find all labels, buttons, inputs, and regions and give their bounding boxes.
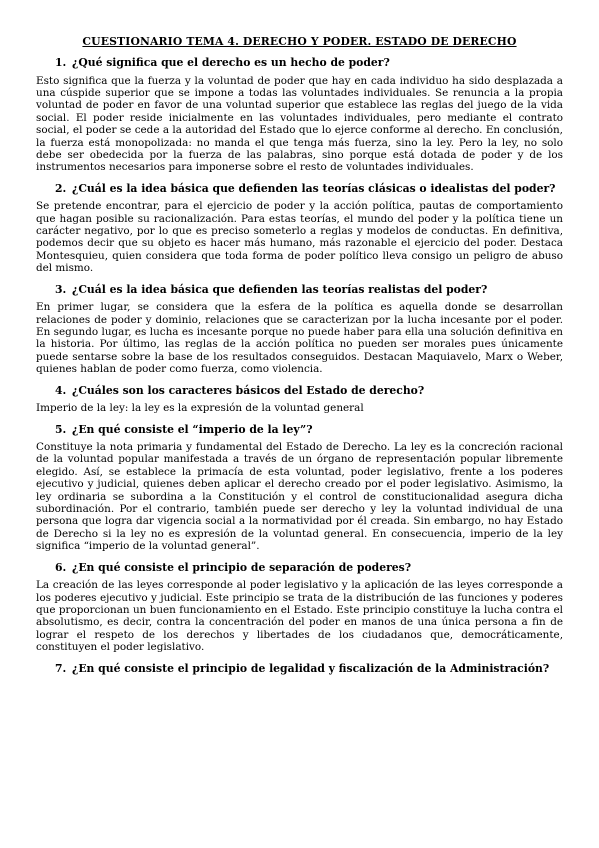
qa-section-1: 1.¿Qué significa que el derecho es un he… [36, 57, 563, 174]
qa-section-5: 5.¿En qué consiste el “imperio de la ley… [36, 424, 563, 553]
question-number: 6. [55, 562, 72, 575]
question-text: ¿Cuáles son los caracteres básicos del E… [72, 384, 424, 397]
answer-paragraph: Imperio de la ley: la ley es la expresió… [36, 402, 563, 414]
question-heading-6: 6.¿En qué consiste el principio de separ… [36, 562, 563, 575]
answer-paragraph: Constituye la nota primaria y fundamenta… [36, 441, 563, 553]
question-heading-3: 3.¿Cuál es la idea básica que defienden … [36, 284, 563, 297]
qa-section-4: 4.¿Cuáles son los caracteres básicos del… [36, 385, 563, 415]
question-number: 3. [55, 284, 72, 297]
question-text: ¿En qué consiste el “imperio de la ley”? [72, 423, 313, 436]
document-page: CUESTIONARIO TEMA 4. DERECHO Y PODER. ES… [0, 0, 599, 848]
question-heading-1: 1.¿Qué significa que el derecho es un he… [36, 57, 563, 70]
question-text: ¿Cuál es la idea básica que defienden la… [72, 283, 487, 296]
question-number: 4. [55, 385, 72, 398]
question-heading-2: 2.¿Cuál es la idea básica que defienden … [36, 183, 563, 196]
question-heading-7: 7.¿En qué consiste el principio de legal… [36, 663, 563, 676]
answer-paragraph: Esto significa que la fuerza y la volunt… [36, 75, 563, 174]
question-number: 2. [55, 183, 72, 196]
answer-paragraph: La creación de las leyes corresponde al … [36, 579, 563, 653]
qa-section-7: 7.¿En qué consiste el principio de legal… [36, 663, 563, 676]
question-text: ¿Qué significa que el derecho es un hech… [72, 56, 390, 69]
qa-section-6: 6.¿En qué consiste el principio de separ… [36, 562, 563, 654]
question-number: 1. [55, 57, 72, 70]
question-text: ¿Cuál es la idea básica que defienden la… [72, 182, 555, 195]
answer-paragraph: Se pretende encontrar, para el ejercicio… [36, 200, 563, 274]
qa-section-3: 3.¿Cuál es la idea básica que defienden … [36, 284, 563, 376]
question-heading-5: 5.¿En qué consiste el “imperio de la ley… [36, 424, 563, 437]
question-text: ¿En qué consiste el principio de separac… [72, 561, 411, 574]
question-number: 7. [55, 663, 72, 676]
question-number: 5. [55, 424, 72, 437]
answer-paragraph: En primer lugar, se considera que la esf… [36, 301, 563, 375]
document-title: CUESTIONARIO TEMA 4. DERECHO Y PODER. ES… [36, 35, 563, 48]
qa-section-2: 2.¿Cuál es la idea básica que defienden … [36, 183, 563, 275]
question-heading-4: 4.¿Cuáles son los caracteres básicos del… [36, 385, 563, 398]
question-text: ¿En qué consiste el principio de legalid… [72, 662, 549, 675]
